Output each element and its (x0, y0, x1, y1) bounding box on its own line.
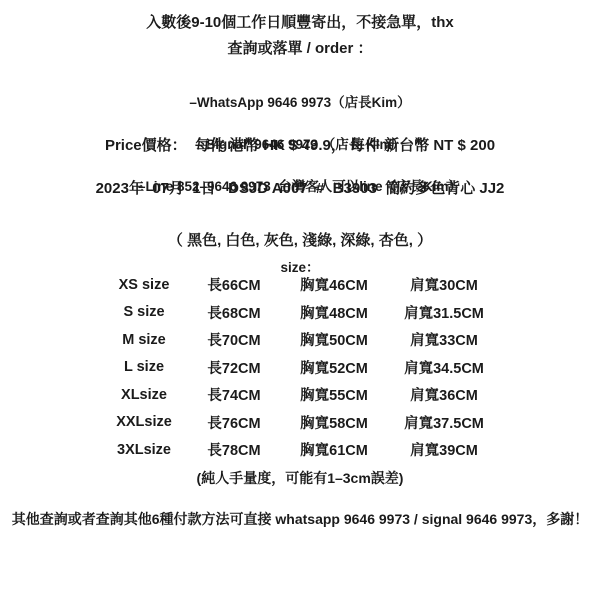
contact-line-whatsapp: –WhatsApp 9646 9973（店長Kim） (0, 96, 600, 110)
size-row-m: M size 長70CM 胸寬50CM 肩寬33CM (0, 326, 600, 354)
size-row-xl: XLsize 長74CM 胸寬55CM 肩寬36CM (0, 381, 600, 409)
size-row-3xl: 3XLsize 長78CM 胸寬61CM 肩寬39CM (0, 436, 600, 464)
footer-note: 其他查詢或者查詢其他6種付款方法可直接 whatsapp 9646 9973 /… (0, 511, 600, 527)
size-shoulder: 肩寬37.5CM (388, 412, 500, 433)
colors-line: （ 黑色, 白色, 灰色, 淺綠, 深綠, 杏色, ） (0, 232, 600, 249)
shipping-note: 入數後9-10個工作日順豐寄出，不接急單，thx (0, 14, 600, 31)
size-label: XXLsize (100, 414, 188, 430)
size-length: 長72CM (188, 357, 280, 378)
size-label: L size (100, 359, 188, 375)
size-label: 3XLsize (100, 442, 188, 458)
size-row-xxl: XXLsize 長76CM 胸寬58CM 肩寬37.5CM (0, 409, 600, 437)
size-chest: 胸寬61CM (280, 439, 388, 460)
product-line: 2023年 07月 1日 DSJD A007 # B3903 簡約多色背心 JJ… (0, 180, 600, 197)
size-label: XS size (100, 277, 188, 293)
size-length: 長70CM (188, 329, 280, 350)
size-chest: 胸寬46CM (280, 274, 388, 295)
size-shoulder: 肩寬39CM (388, 439, 500, 460)
size-length: 長76CM (188, 412, 280, 433)
size-shoulder: 肩寬31.5CM (388, 302, 500, 323)
size-length: 長68CM (188, 302, 280, 323)
price-line: Price價格： 每件 港幣 HK $ 49.9， 每件 新台幣 NT $ 20… (0, 137, 600, 154)
size-chest: 胸寬58CM (280, 412, 388, 433)
size-label: XLsize (100, 387, 188, 403)
size-shoulder: 肩寬36CM (388, 384, 500, 405)
size-length: 長78CM (188, 439, 280, 460)
size-chest: 胸寬52CM (280, 357, 388, 378)
size-label: S size (100, 304, 188, 320)
size-length: 長66CM (188, 274, 280, 295)
size-chest: 胸寬55CM (280, 384, 388, 405)
size-table: XS size 長66CM 胸寬46CM 肩寬30CM S size 長68CM… (0, 271, 600, 464)
size-shoulder: 肩寬30CM (388, 274, 500, 295)
size-chest: 胸寬48CM (280, 302, 388, 323)
measurement-note: (純人手量度，可能有1–3cm誤差) (0, 470, 600, 486)
order-info-document: 入數後9-10個工作日順豐寄出，不接急單，thx 查詢或落單 / order ：… (0, 0, 600, 600)
size-shoulder: 肩寬33CM (388, 329, 500, 350)
size-row-xs: XS size 長66CM 胸寬46CM 肩寬30CM (0, 271, 600, 299)
size-chest: 胸寬50CM (280, 329, 388, 350)
size-row-s: S size 長68CM 胸寬48CM 肩寬31.5CM (0, 299, 600, 327)
order-heading: 查詢或落單 / order ： (0, 40, 600, 57)
size-label: M size (100, 332, 188, 348)
size-row-l: L size 長72CM 胸寬52CM 肩寬34.5CM (0, 354, 600, 382)
size-length: 長74CM (188, 384, 280, 405)
size-shoulder: 肩寬34.5CM (388, 357, 500, 378)
